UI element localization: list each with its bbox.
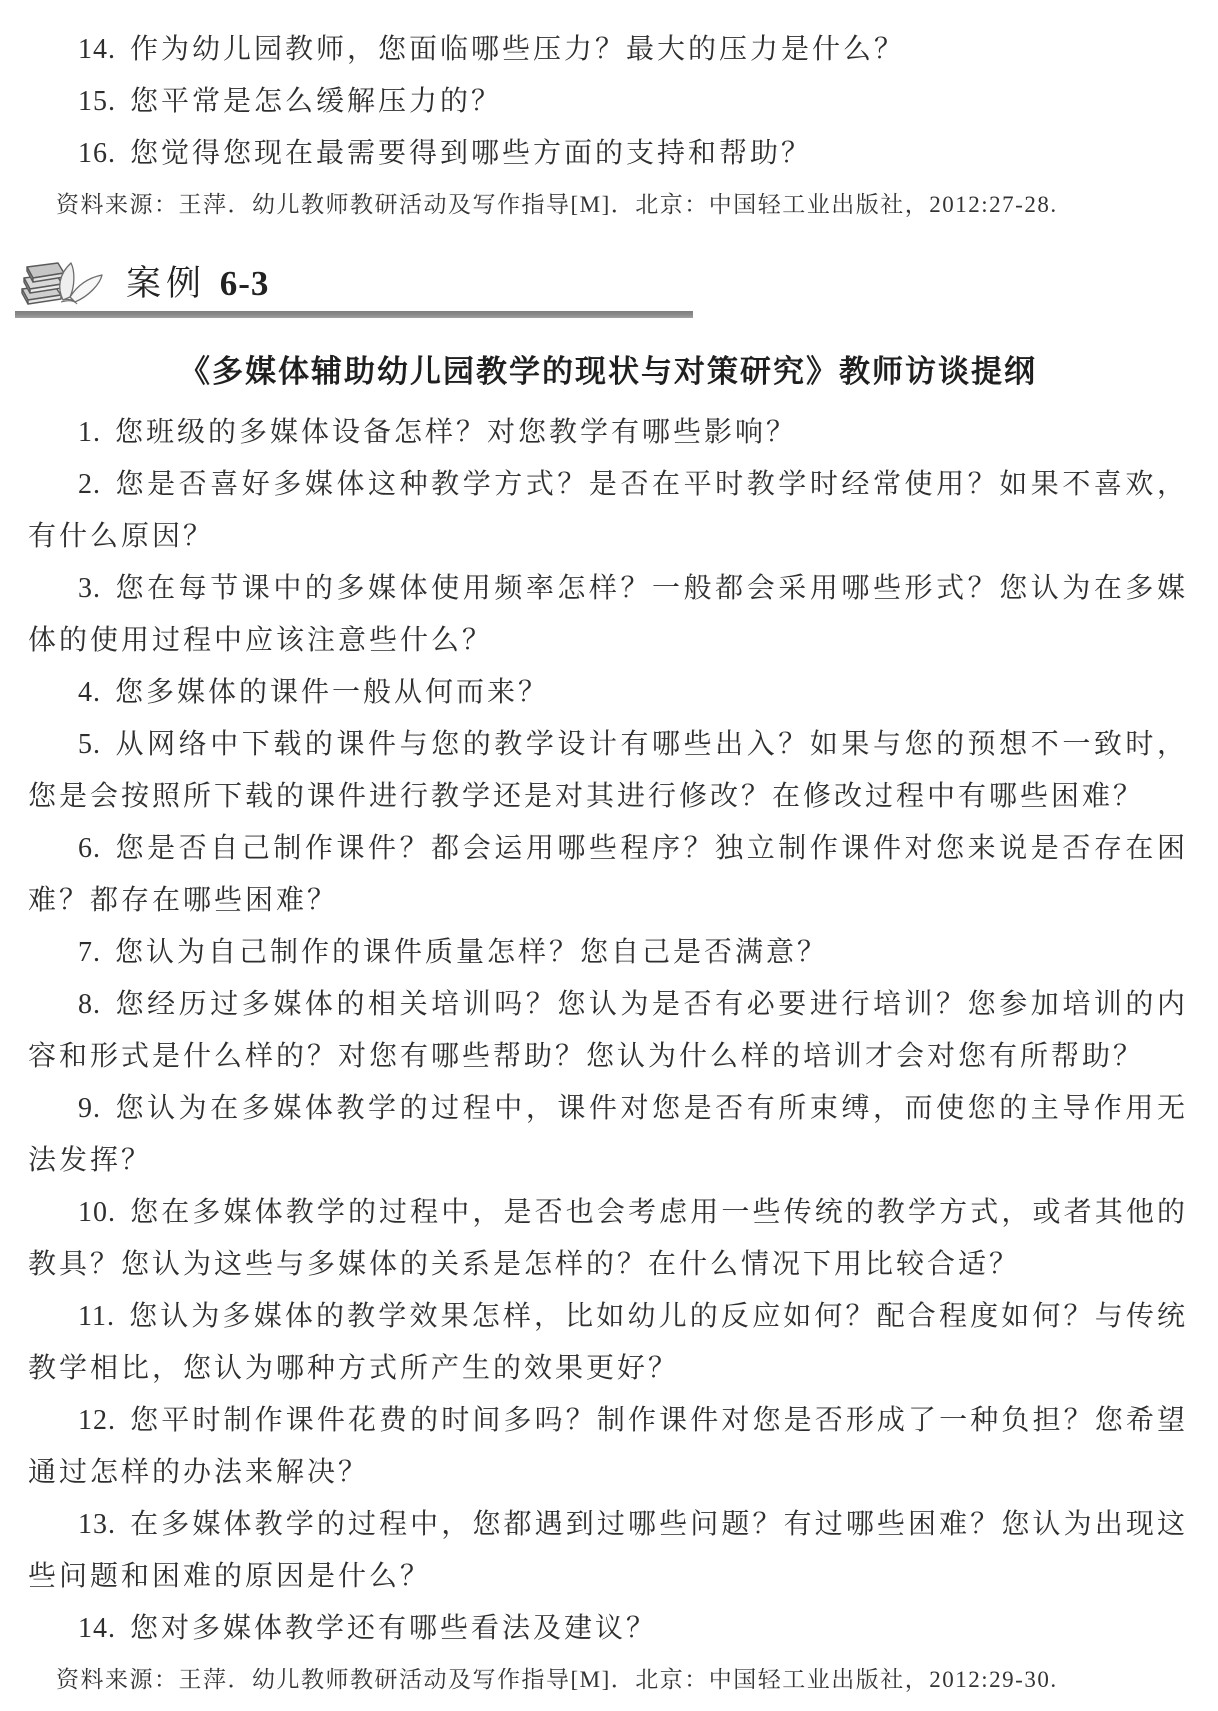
case-header-row: 案例 6-3: [16, 244, 1188, 308]
case-question-list: 1.您班级的多媒体设备怎样？对您教学有哪些影响？ 2.您是否喜好多媒体这种教学方…: [28, 407, 1188, 1655]
question-number: 3.: [78, 573, 101, 604]
question-item: 13.在多媒体教学的过程中，您都遇到过哪些问题？有过哪些困难？您认为出现这些问题…: [28, 1499, 1188, 1603]
question-number: 4.: [78, 677, 101, 708]
question-text: 您在多媒体教学的过程中，是否也会考虑用一些传统的教学方式，或者其他的教具？您认为…: [28, 1197, 1188, 1280]
question-number: 11.: [78, 1301, 115, 1332]
source-citation: 资料来源：王萍．幼儿教师教研活动及写作指导[M]．北京：中国轻工业出版社，201…: [28, 1659, 1188, 1701]
source-citation: 资料来源：王萍．幼儿教师教研活动及写作指导[M]．北京：中国轻工业出版社，201…: [28, 184, 1188, 226]
question-text: 您觉得您现在最需要得到哪些方面的支持和帮助？: [130, 138, 812, 169]
question-item: 15.您平常是怎么缓解压力的？: [28, 76, 1188, 128]
question-text: 您认为在多媒体教学的过程中，课件对您是否有所束缚，而使您的主导作用无法发挥？: [28, 1093, 1188, 1176]
question-text: 您认为多媒体的教学效果怎样，比如幼儿的反应如何？配合程度如何？与传统教学相比，您…: [28, 1301, 1188, 1384]
question-item: 2.您是否喜好多媒体这种教学方式？是否在平时教学时经常使用？如果不喜欢，有什么原…: [28, 459, 1188, 563]
question-text: 您认为自己制作的课件质量怎样？您自己是否满意？: [115, 937, 828, 968]
question-text: 您对多媒体教学还有哪些看法及建议？: [130, 1613, 657, 1644]
question-number: 9.: [78, 1093, 101, 1124]
question-item: 7.您认为自己制作的课件质量怎样？您自己是否满意？: [28, 927, 1188, 979]
question-number: 14.: [78, 1613, 116, 1644]
case-label: 案例: [126, 264, 206, 303]
question-item: 3.您在每节课中的多媒体使用频率怎样？一般都会采用哪些形式？您认为在多媒体的使用…: [28, 563, 1188, 667]
question-text: 您在每节课中的多媒体使用频率怎样？一般都会采用哪些形式？您认为在多媒体的使用过程…: [28, 573, 1188, 656]
question-item: 1.您班级的多媒体设备怎样？对您教学有哪些影响？: [28, 407, 1188, 459]
question-item: 5.从网络中下载的课件与您的教学设计有哪些出入？如果与您的预想不一致时，您是会按…: [28, 719, 1188, 823]
question-number: 14.: [78, 34, 116, 65]
question-item: 11.您认为多媒体的教学效果怎样，比如幼儿的反应如何？配合程度如何？与传统教学相…: [28, 1291, 1188, 1395]
question-number: 16.: [78, 138, 116, 169]
question-item: 8.您经历过多媒体的相关培训吗？您认为是否有必要进行培训？您参加培训的内容和形式…: [28, 979, 1188, 1083]
question-text: 您是否自己制作课件？都会运用哪些程序？独立制作课件对您来说是否存在困难？都存在哪…: [28, 833, 1188, 916]
question-item: 16.您觉得您现在最需要得到哪些方面的支持和帮助？: [28, 128, 1188, 180]
case-section: 《多媒体辅助幼儿园教学的现状与对策研究》教师访谈提纲 1.您班级的多媒体设备怎样…: [28, 346, 1188, 1701]
document-page: 14.作为幼儿园教师，您面临哪些压力？最大的压力是什么？ 15.您平常是怎么缓解…: [0, 0, 1218, 1711]
question-text: 作为幼儿园教师，您面临哪些压力？最大的压力是什么？: [130, 34, 905, 65]
question-item: 14.您对多媒体教学还有哪些看法及建议？: [28, 1603, 1188, 1655]
question-text: 在多媒体教学的过程中，您都遇到过哪些问题？有过哪些困难？您认为出现这些问题和困难…: [28, 1509, 1188, 1592]
case-number: 6-3: [220, 264, 270, 303]
question-number: 1.: [78, 417, 101, 448]
question-number: 6.: [78, 833, 101, 864]
question-item: 9.您认为在多媒体教学的过程中，课件对您是否有所束缚，而使您的主导作用无法发挥？: [28, 1083, 1188, 1187]
question-number: 7.: [78, 937, 101, 968]
question-number: 2.: [78, 469, 101, 500]
question-text: 从网络中下载的课件与您的教学设计有哪些出入？如果与您的预想不一致时，您是会按照所…: [28, 729, 1188, 812]
question-text: 您平常是怎么缓解压力的？: [130, 86, 502, 117]
question-number: 15.: [78, 86, 116, 117]
question-text: 您多媒体的课件一般从何而来？: [115, 677, 549, 708]
question-item: 6.您是否自己制作课件？都会运用哪些程序？独立制作课件对您来说是否存在困难？都存…: [28, 823, 1188, 927]
question-item: 14.作为幼儿园教师，您面临哪些压力？最大的压力是什么？: [28, 24, 1188, 76]
question-item: 4.您多媒体的课件一般从何而来？: [28, 667, 1188, 719]
question-text: 您是否喜好多媒体这种教学方式？是否在平时教学时经常使用？如果不喜欢，有什么原因？: [28, 469, 1188, 552]
intro-question-list: 14.作为幼儿园教师，您面临哪些压力？最大的压力是什么？ 15.您平常是怎么缓解…: [28, 24, 1188, 226]
case-header: 案例 6-3: [28, 244, 1188, 318]
question-text: 您经历过多媒体的相关培训吗？您认为是否有必要进行培训？您参加培训的内容和形式是什…: [28, 989, 1188, 1072]
question-number: 5.: [78, 729, 101, 760]
question-number: 12.: [78, 1405, 116, 1436]
question-text: 您平时制作课件花费的时间多吗？制作课件对您是否形成了一种负担？您希望通过怎样的办…: [28, 1405, 1188, 1488]
question-item: 12.您平时制作课件花费的时间多吗？制作课件对您是否形成了一种负担？您希望通过怎…: [28, 1395, 1188, 1499]
question-number: 8.: [78, 989, 101, 1020]
question-item: 10.您在多媒体教学的过程中，是否也会考虑用一些传统的教学方式，或者其他的教具？…: [28, 1187, 1188, 1291]
case-title: 《多媒体辅助幼儿园教学的现状与对策研究》教师访谈提纲: [28, 346, 1188, 391]
question-text: 您班级的多媒体设备怎样？对您教学有哪些影响？: [115, 417, 797, 448]
case-heading: 案例 6-3: [126, 256, 269, 308]
question-number: 10.: [78, 1197, 116, 1228]
question-number: 13.: [78, 1509, 116, 1540]
case-rule: [15, 311, 693, 318]
books-icon: [16, 248, 108, 308]
